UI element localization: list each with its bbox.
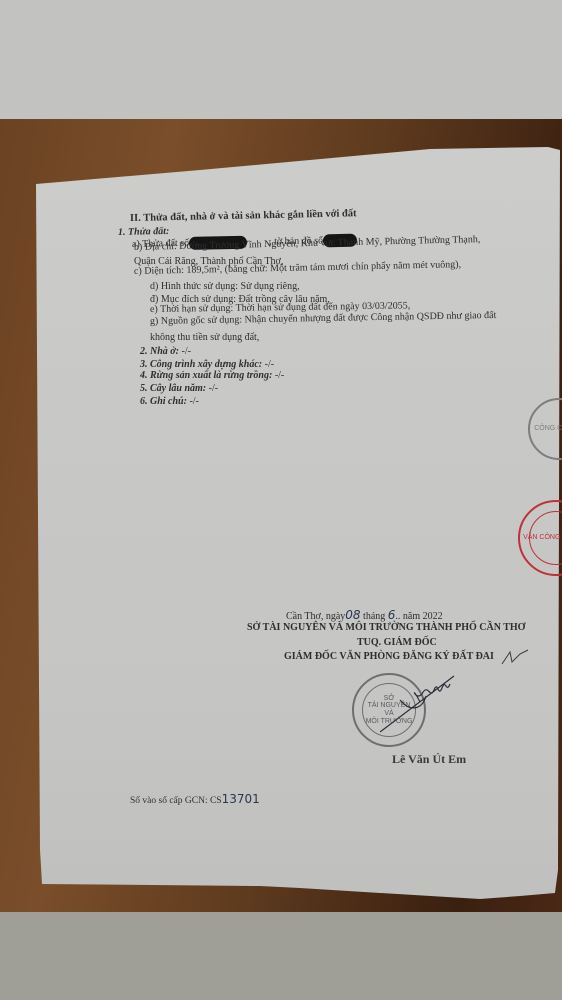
section-title: II. Thửa đất, nhà ở và tài sản khác gắn … bbox=[130, 208, 357, 224]
registry-handwritten-number: 13701 bbox=[222, 792, 260, 806]
registry-number: Số vào sổ cấp GCN: CS13701 bbox=[130, 792, 260, 806]
land-parcel-title: 1. Thửa đất: bbox=[118, 226, 170, 238]
handwritten-signature bbox=[380, 672, 500, 752]
usage-origin-line-2: không thu tiền sử dụng đất, bbox=[150, 332, 259, 343]
gray-notary-stamp: CÔNG CHỨNG bbox=[528, 398, 562, 460]
item-notes: 6. Ghi chú: -/- bbox=[140, 396, 199, 407]
signer-position: GIÁM ĐỐC VĂN PHÒNG ĐĂNG KÝ ĐẤT ĐAI bbox=[284, 651, 494, 662]
signing-date: Cần Thơ, ngày08 tháng 6.. năm 2022 bbox=[286, 608, 443, 622]
item-other-construction: 3. Công trình xây dựng khác: -/- bbox=[140, 359, 274, 370]
usage-form-line: d) Hình thức sử dụng: Sử dụng riêng, bbox=[150, 281, 300, 292]
signer-name: Lê Văn Út Em bbox=[392, 752, 466, 767]
item-perennial-trees: 5. Cây lâu năm: -/- bbox=[140, 383, 218, 394]
land-certificate-page: II. Thửa đất, nhà ở và tài sản khác gắn … bbox=[0, 0, 562, 1000]
issuing-organization: SỞ TÀI NGUYÊN VÀ MÔI TRƯỜNG THÀNH PHỐ CẦ… bbox=[247, 622, 525, 633]
item-house: 2. Nhà ở: -/- bbox=[140, 346, 191, 357]
red-office-stamp: VĂN CÔNG LÊ bbox=[518, 500, 562, 576]
item-planted-forest: 4. Rừng sản xuất là rừng trồng: -/- bbox=[140, 370, 284, 381]
authorization-title: TUQ. GIÁM ĐỐC bbox=[357, 637, 437, 648]
initials-mark bbox=[500, 648, 530, 668]
registry-label: Số vào sổ cấp GCN: CS bbox=[130, 796, 222, 806]
